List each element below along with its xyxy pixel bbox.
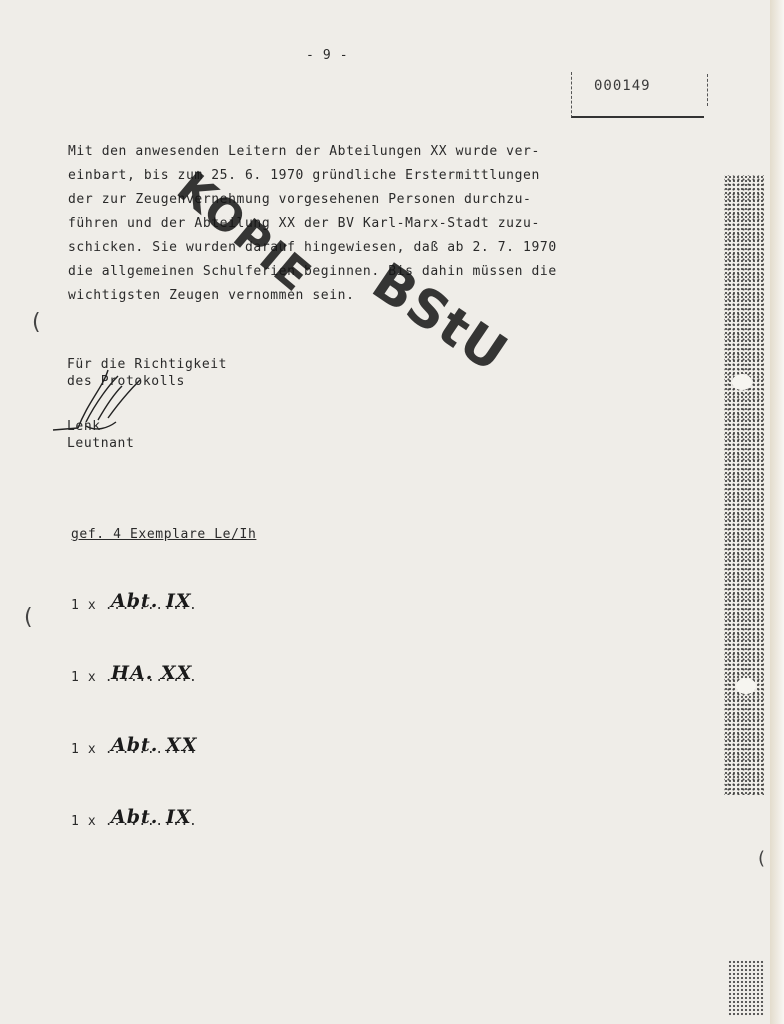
- page-edge: [770, 0, 784, 1024]
- distribution-row: 1 x ...........Abt. XX: [71, 738, 197, 762]
- distribution-row: 1 x ...........HA. XX: [71, 666, 197, 690]
- signatory: Lenk Leutnant: [67, 418, 134, 452]
- archive-box-edge: [707, 74, 708, 106]
- page-number: - 9 -: [306, 46, 348, 66]
- distribution-row: 1 x ...........Abt. IX: [71, 594, 197, 618]
- archive-number: 000149: [594, 78, 651, 94]
- copy-count: 1 x: [71, 814, 96, 829]
- handwritten-recipient: Abt. IX: [111, 805, 192, 829]
- signatory-name: Lenk: [67, 419, 101, 434]
- body-line: einbart, bis zum 25. 6. 1970 gründliche …: [68, 168, 540, 183]
- punch-hole-icon: [736, 678, 756, 694]
- copy-noise-band: [724, 175, 764, 795]
- body-line: schicken. Sie wurden darauf hingewiesen,…: [68, 240, 557, 255]
- body-paragraph: Mit den anwesenden Leitern der Abteilung…: [68, 140, 557, 308]
- handwritten-recipient: Abt. IX: [111, 589, 192, 613]
- margin-arc-icon: (: [32, 310, 41, 335]
- distribution-list: 1 x ...........Abt. IX 1 x ...........HA…: [71, 546, 197, 882]
- handwritten-recipient: HA. XX: [111, 661, 192, 685]
- body-line: der zur Zeugenvernehmung vorgesehenen Pe…: [68, 192, 531, 207]
- copy-count: 1 x: [71, 742, 96, 757]
- copy-count: 1 x: [71, 670, 96, 685]
- body-line: führen und der Abteilung XX der BV Karl-…: [68, 216, 540, 231]
- handwritten-recipient: Abt. XX: [111, 733, 198, 757]
- distribution-header: gef. 4 Exemplare Le/Ih: [71, 526, 256, 544]
- archive-number-box: 000149: [571, 72, 704, 118]
- punch-hole-icon: [732, 374, 752, 390]
- copy-noise-corner: [728, 960, 764, 1016]
- signatory-rank: Leutnant: [67, 436, 134, 451]
- body-line: Mit den anwesenden Leitern der Abteilung…: [68, 144, 540, 159]
- document-page: - 9 - 000149 Mit den anwesenden Leitern …: [0, 0, 771, 1024]
- margin-arc-icon: (: [758, 848, 765, 869]
- distribution-row: 1 x ...........Abt. IX: [71, 810, 197, 834]
- margin-arc-icon: (: [24, 605, 33, 630]
- copy-count: 1 x: [71, 598, 96, 613]
- body-line: wichtigsten Zeugen vernommen sein.: [68, 288, 355, 303]
